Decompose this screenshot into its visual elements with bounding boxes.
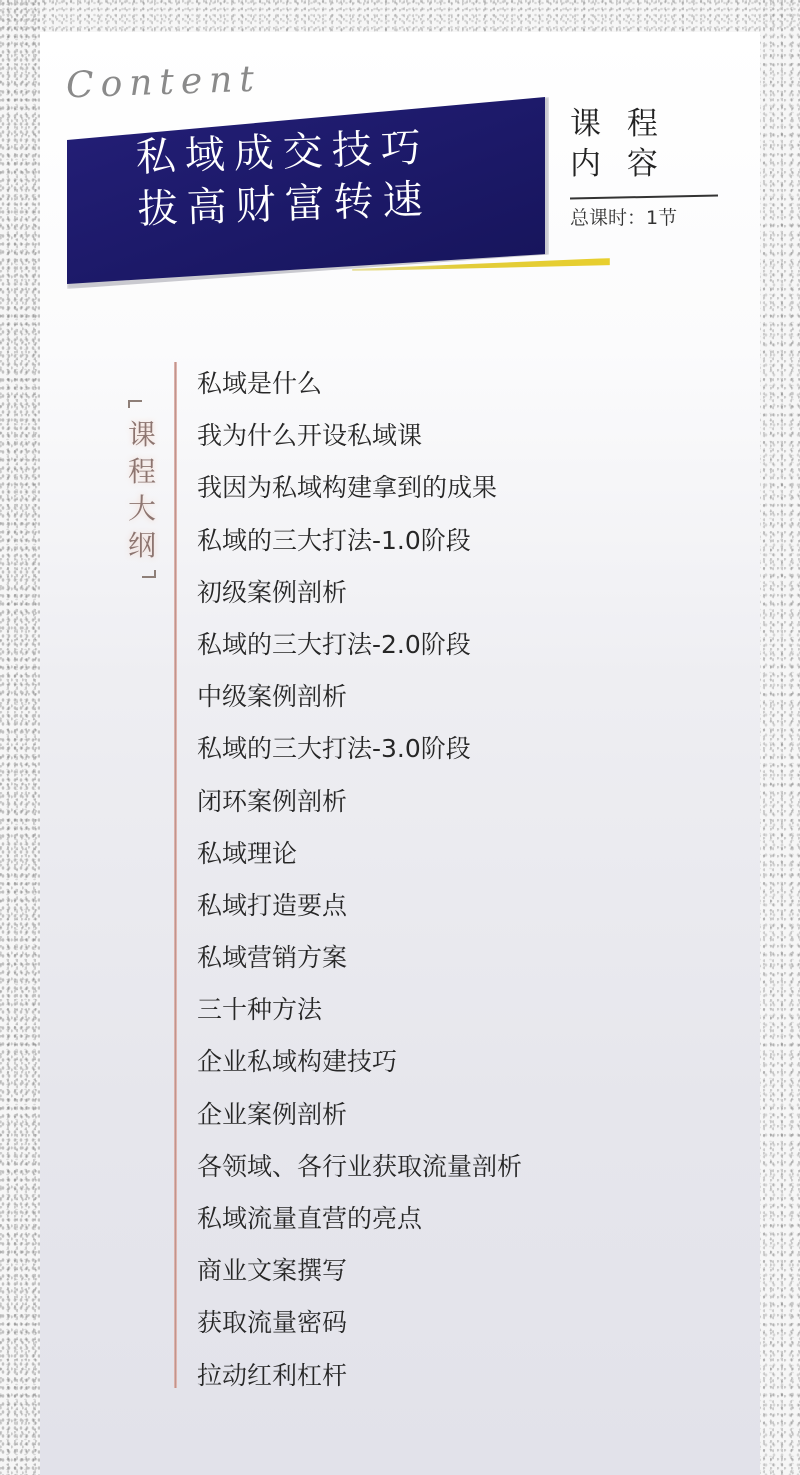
course-item: 各领域、各行业获取流量剖析: [197, 1141, 522, 1193]
course-item: 中级案例剖析: [197, 671, 522, 723]
speckle-texture-left: [0, 0, 40, 1475]
course-item: 三十种方法: [197, 984, 522, 1036]
course-item: 私域流量直营的亮点: [197, 1193, 522, 1245]
outline-label-char: 大: [128, 490, 156, 527]
course-item: 初级案例剖析: [197, 567, 522, 619]
course-item: 企业案例剖析: [197, 1089, 522, 1141]
course-item: 私域是什么: [197, 358, 522, 410]
outline-label-char: 课: [128, 416, 156, 453]
course-item: 闭环案例剖析: [197, 776, 522, 828]
outline-vertical-divider: [174, 362, 177, 1388]
bracket-open-icon: [128, 400, 142, 408]
course-item: 私域理论: [197, 828, 522, 880]
course-item: 企业私域构建技巧: [197, 1036, 522, 1088]
course-outline-list: 私域是什么 我为什么开设私域课 我因为私域构建拿到的成果 私域的三大打法-1.0…: [197, 358, 522, 1402]
bracket-close-icon: [142, 570, 156, 578]
course-item: 拉动红利杠杆: [197, 1350, 522, 1402]
course-item: 获取流量密码: [197, 1297, 522, 1349]
speckle-texture-top: [0, 0, 800, 30]
course-item: 我为什么开设私域课: [197, 410, 522, 462]
speckle-texture-right: [760, 0, 800, 1475]
course-item: 我因为私域构建拿到的成果: [197, 462, 522, 514]
course-item: 私域的三大打法-3.0阶段: [197, 723, 522, 775]
side-heading-line-2: 内 容: [570, 144, 666, 184]
course-item: 私域营销方案: [197, 932, 522, 984]
outline-label-char: 程: [128, 453, 156, 490]
banner-title: 私域成交技巧 拔高财富转速: [135, 122, 432, 236]
content-script-title: Content: [65, 59, 261, 107]
course-item: 私域的三大打法-1.0阶段: [197, 515, 522, 567]
banner-title-line-2: 拔高财富转速: [137, 174, 433, 236]
outline-label-char: 纲: [128, 527, 156, 564]
course-item: 私域打造要点: [197, 880, 522, 932]
total-hours-label: 总课时：1节: [570, 203, 677, 230]
side-heading-line-1: 课 程: [570, 104, 666, 144]
course-item: 商业文案撰写: [197, 1245, 522, 1297]
course-outline-label: 课 程 大 纲: [122, 400, 162, 578]
course-content-heading: 课 程 内 容: [570, 104, 666, 184]
course-item: 私域的三大打法-2.0阶段: [197, 619, 522, 671]
